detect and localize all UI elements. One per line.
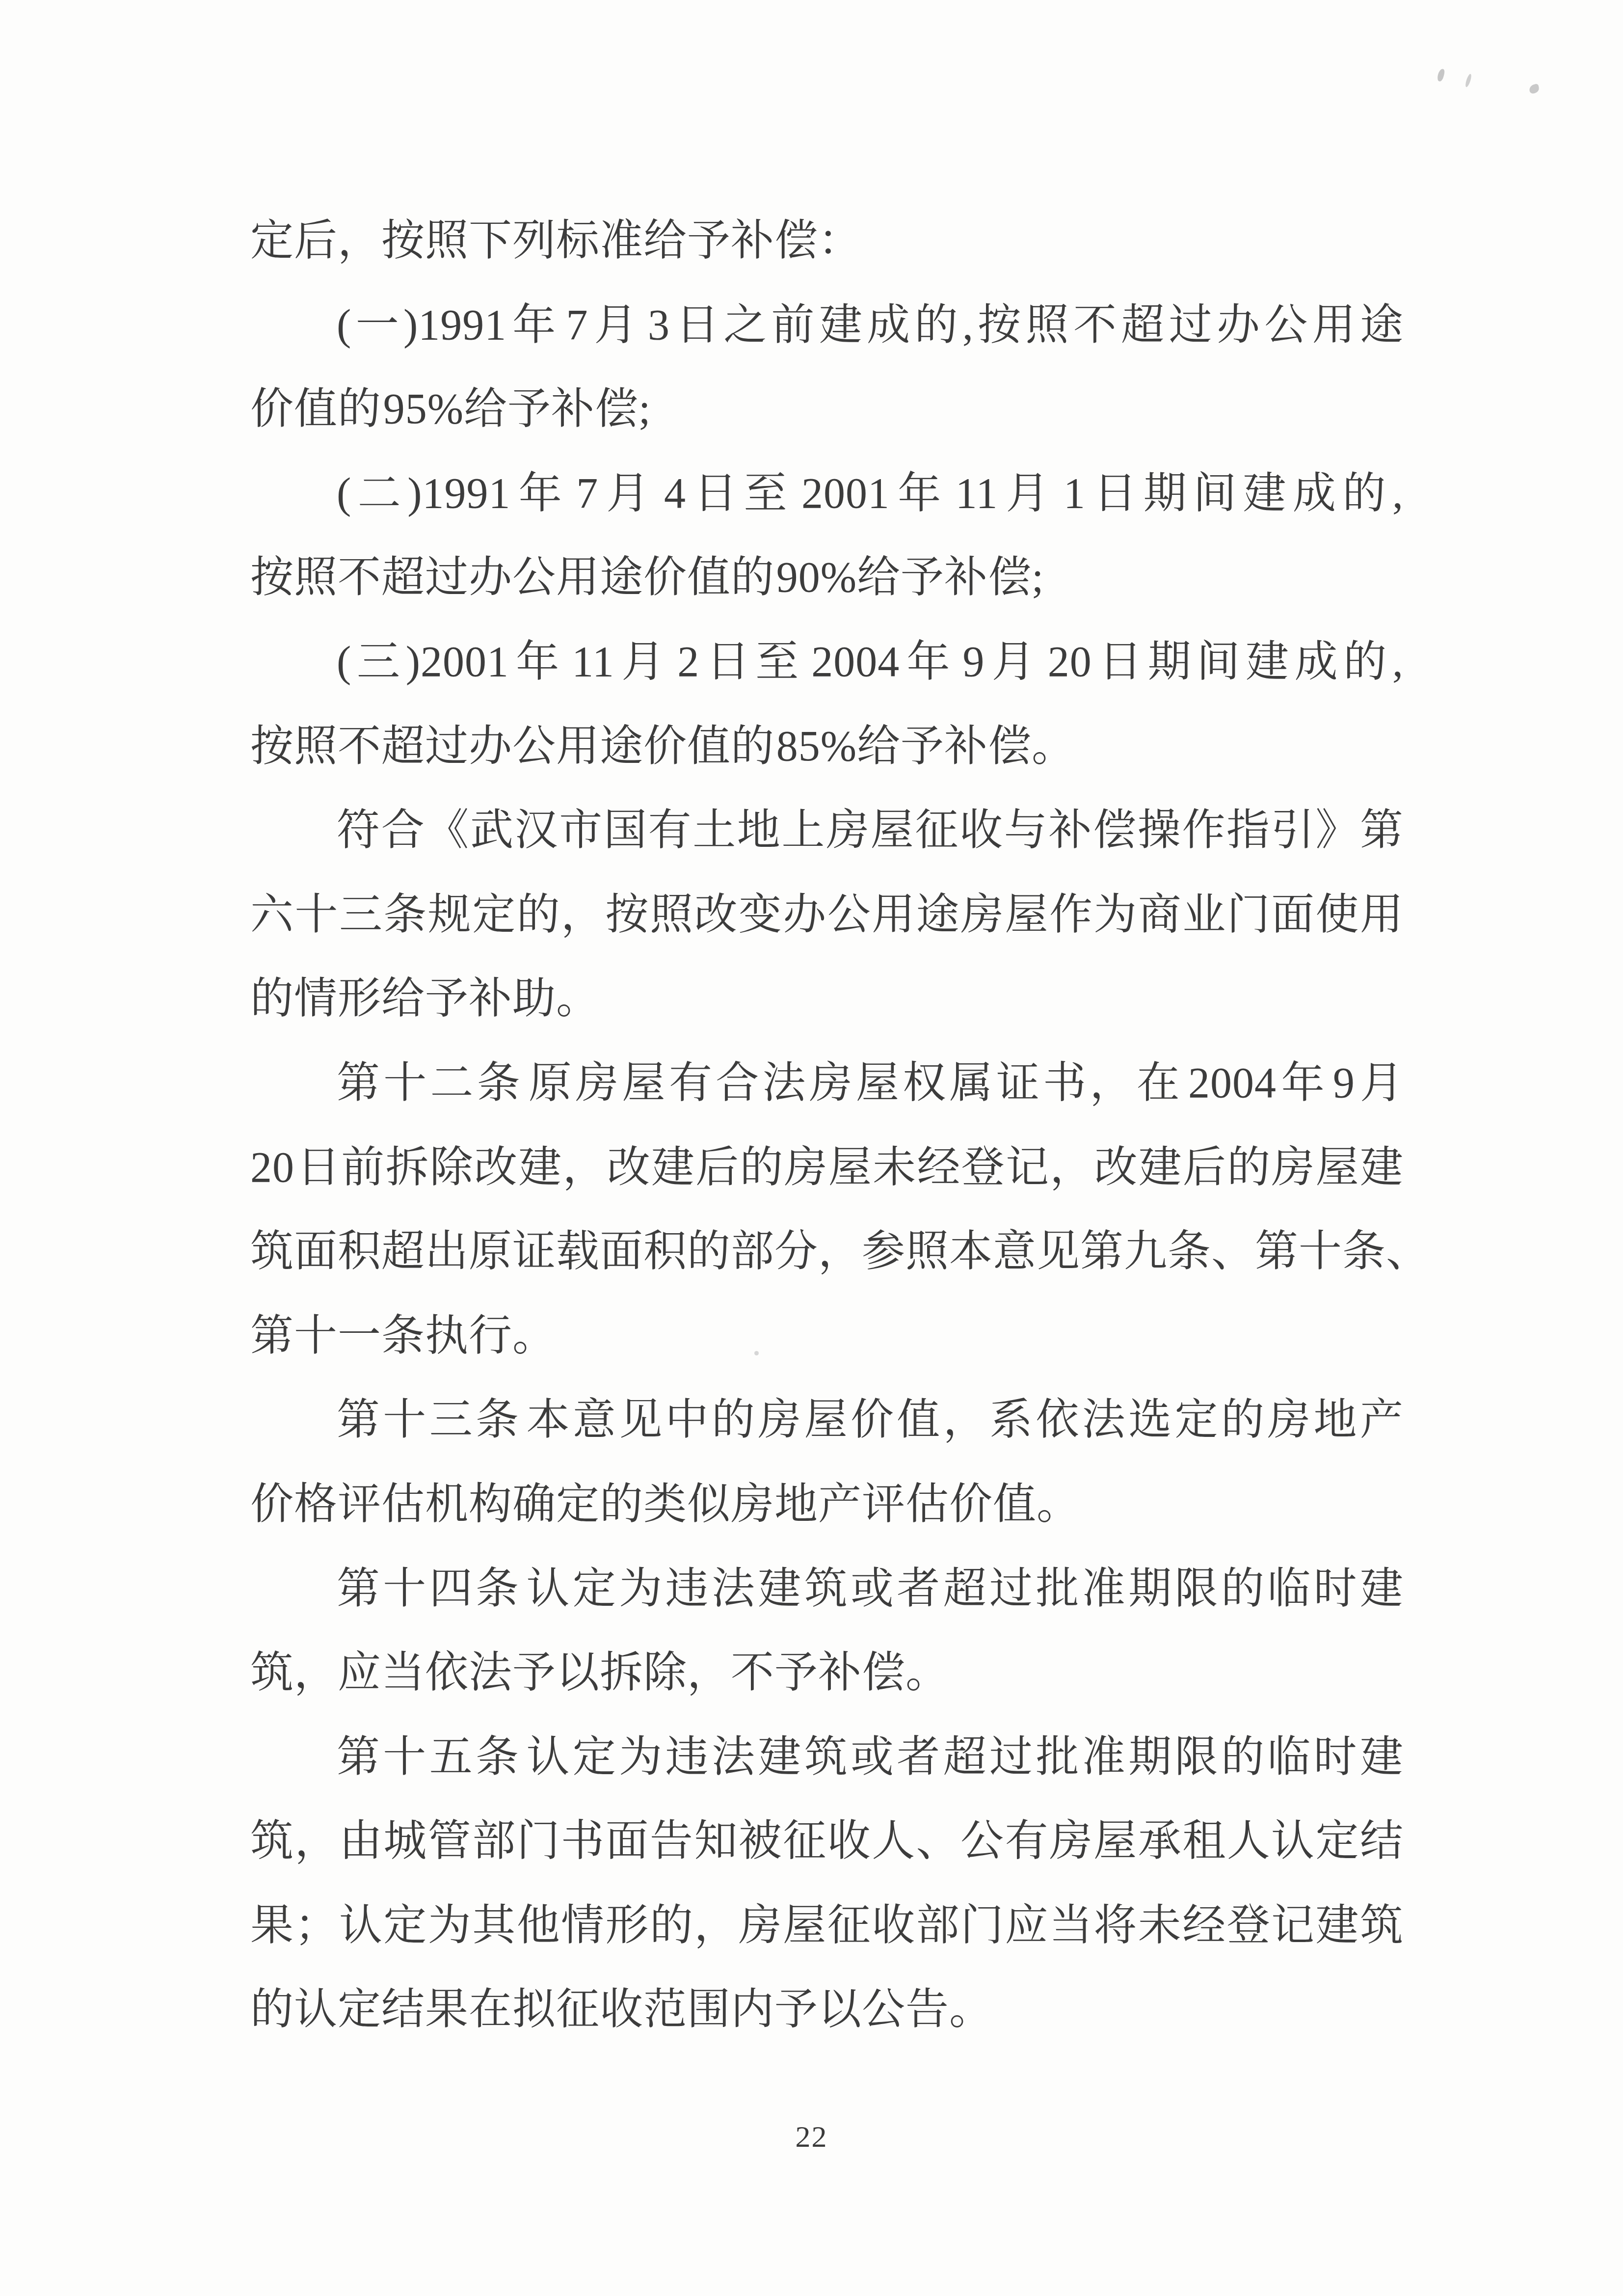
text-line: 价值的 95%给予补偿; xyxy=(250,367,1404,452)
text-line: 第十四条 认定为违法建筑或者超过批准期限的临时建 xyxy=(250,1547,1404,1631)
text-line: 价格评估机构确定的类似房地产评估价值。 xyxy=(250,1462,1404,1547)
text-line: (三)2001 年 11 月 2 日至 2004 年 9 月 20 日期间建成的… xyxy=(250,620,1404,704)
text-line: 20 日前拆除改建，改建后的房屋未经登记，改建后的房屋建 xyxy=(250,1126,1404,1210)
text-line: 符合《武汉市国有土地上房屋征收与补偿操作指引》第 xyxy=(250,788,1404,873)
scan-artifact xyxy=(1528,83,1540,94)
scanned-document-page: 定后，按照下列标准给予补偿：(一)1991 年 7 月 3 日之前建成的,按照不… xyxy=(0,0,1623,2296)
scan-artifact xyxy=(754,1351,759,1355)
text-line: 筑，应当依法予以拆除，不予补偿。 xyxy=(250,1631,1404,1715)
document-body: 定后，按照下列标准给予补偿：(一)1991 年 7 月 3 日之前建成的,按照不… xyxy=(250,199,1404,2052)
text-line: (二)1991 年 7 月 4 日至 2001 年 11 月 1 日期间建成的, xyxy=(250,452,1404,536)
scan-artifact xyxy=(1437,68,1445,82)
text-line: 筑，由城管部门书面告知被征收人、公有房屋承租人认定结 xyxy=(250,1799,1404,1884)
text-line: 定后，按照下列标准给予补偿： xyxy=(250,199,1404,283)
text-line: 果；认定为其他情形的，房屋征收部门应当将未经登记建筑 xyxy=(250,1884,1404,1968)
text-line: 按照不超过办公用途价值的 85%给予补偿。 xyxy=(250,704,1404,789)
text-line: 按照不超过办公用途价值的 90%给予补偿; xyxy=(250,536,1404,620)
text-line: 六十三条规定的，按照改变办公用途房屋作为商业门面使用 xyxy=(250,873,1404,957)
text-line: (一)1991 年 7 月 3 日之前建成的,按照不超过办公用途 xyxy=(250,283,1404,368)
text-line: 筑面积超出原证载面积的部分，参照本意见第九条、第十条、 xyxy=(250,1210,1404,1294)
text-line: 第十三条 本意见中的房屋价值，系依法选定的房地产 xyxy=(250,1378,1404,1462)
page-number: 22 xyxy=(0,2122,1623,2152)
text-line: 的情形给予补助。 xyxy=(250,957,1404,1041)
text-line: 第十五条 认定为违法建筑或者超过批准期限的临时建 xyxy=(250,1715,1404,1800)
text-line: 第十一条执行。 xyxy=(250,1294,1404,1378)
text-line: 第十二条 原房屋有合法房屋权属证书，在 2004 年 9 月 xyxy=(250,1041,1404,1126)
scan-artifact xyxy=(1464,73,1472,87)
text-line: 的认定结果在拟征收范围内予以公告。 xyxy=(250,1968,1404,2052)
